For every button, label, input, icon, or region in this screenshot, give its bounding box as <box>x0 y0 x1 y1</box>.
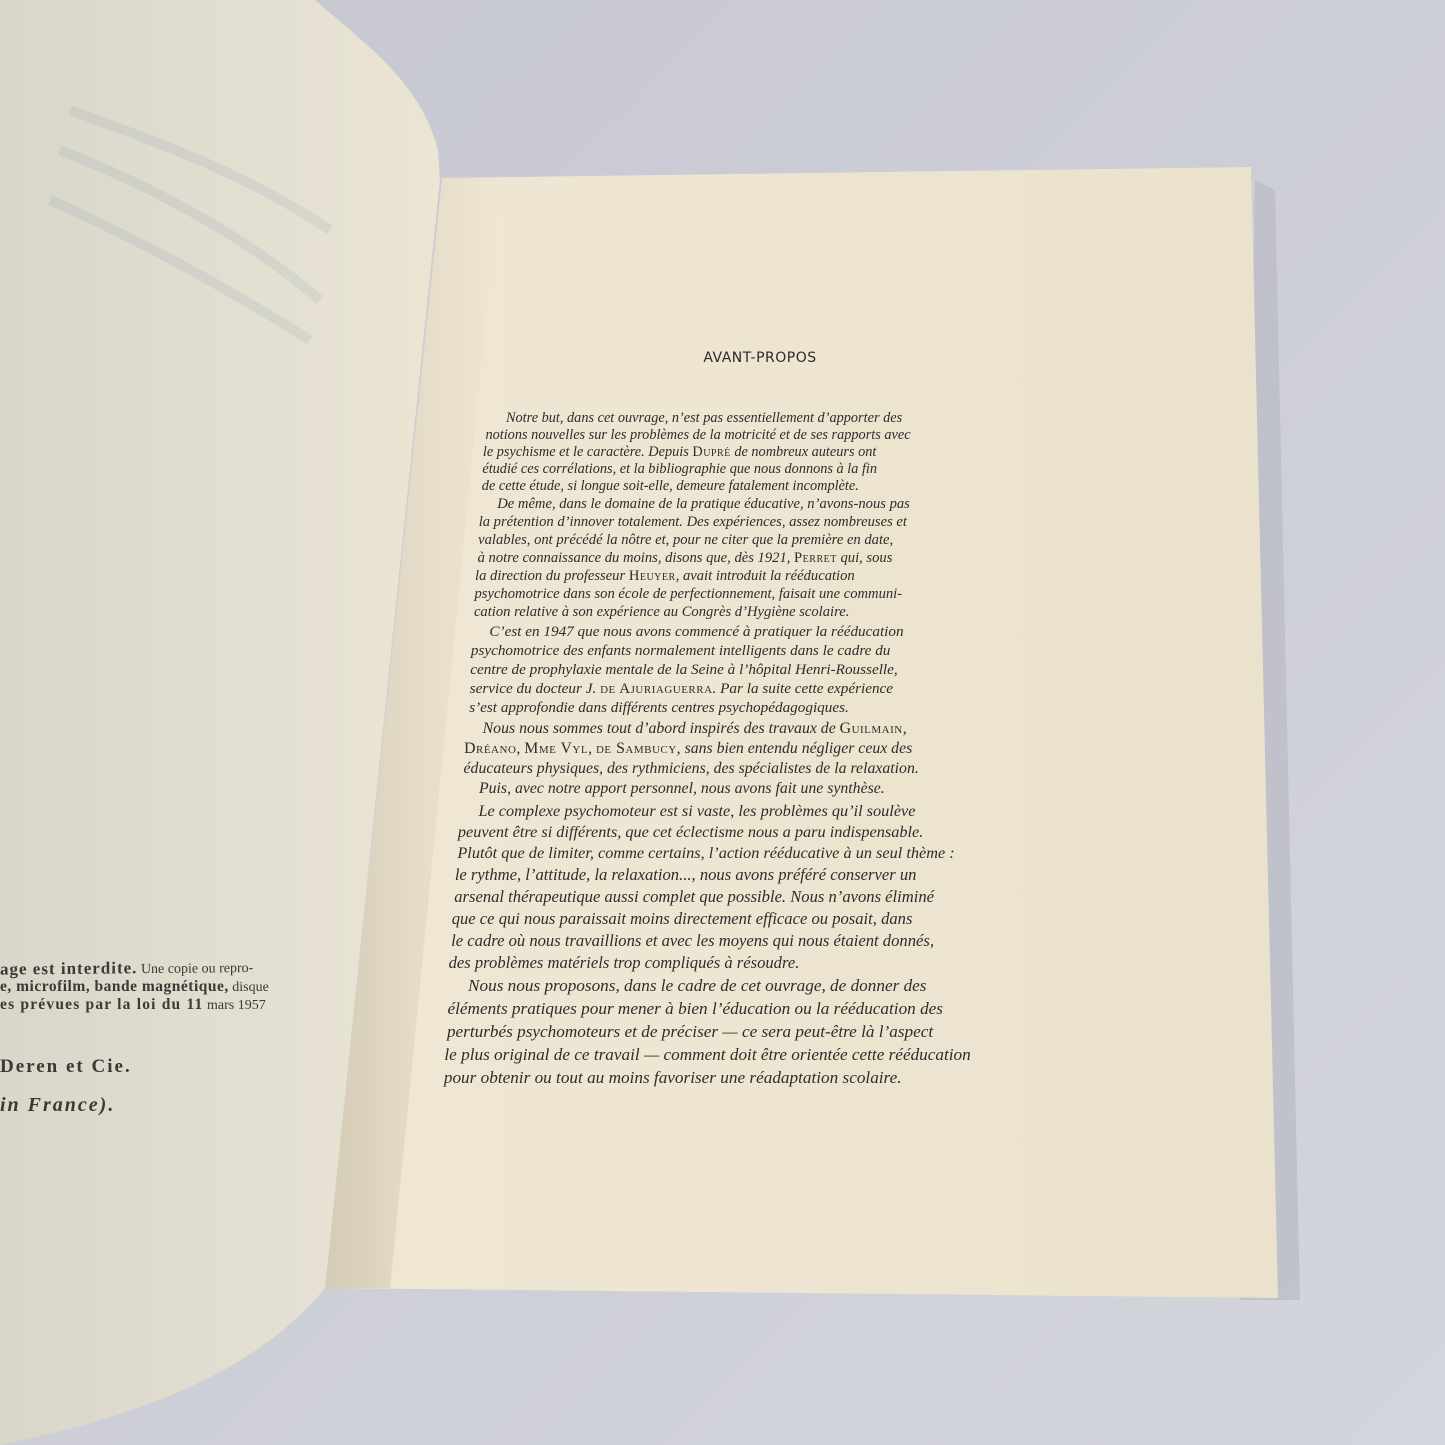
text-run: De même, dans le domaine de la pratique … <box>497 496 910 512</box>
page-title: AVANT-PROPOS <box>640 350 880 366</box>
text-line: le cadre où nous travaillions et avec le… <box>451 931 934 951</box>
author-name: de Sambucy <box>596 740 677 757</box>
text-run: le plus original de ce travail — comment… <box>444 1045 970 1064</box>
author-name: Dupré <box>692 444 730 460</box>
text-line: éducateurs physiques, des rythmiciens, d… <box>464 760 919 778</box>
text-run: centre de prophylaxie mentale de la Sein… <box>470 661 897 678</box>
text-run: psychomotrice dans son école de perfecti… <box>475 586 903 602</box>
copyright-line-2: e, microfilm, bande magnétique, disque <box>0 978 310 996</box>
text-line: la prétention d’innover totalement. Des … <box>479 514 907 531</box>
author-name: Mme Vyl <box>524 740 588 757</box>
text-run: , <box>903 720 907 737</box>
text-run: notions nouvelles sur les problèmes de l… <box>485 427 910 443</box>
text-run: Notre but, dans cet ouvrage, n’est pas e… <box>506 410 902 426</box>
text-run: pour obtenir ou tout au moins favoriser … <box>444 1068 902 1087</box>
text-run: C’est en 1947 que nous avons commencé à … <box>489 623 903 640</box>
text-line: étudié ces corrélations, et la bibliogra… <box>482 461 877 478</box>
text-run: , sans bien entendu négliger ceux des <box>677 740 913 757</box>
text-line: Le complexe psychomoteur est si vaste, l… <box>478 801 915 821</box>
text-run: la direction du professeur <box>475 568 629 584</box>
author-name: Heuyer <box>629 568 676 584</box>
text-run: étudié ces corrélations, et la bibliogra… <box>482 461 877 477</box>
copyright-line-3: es prévues par la loi du 11 mars 1957 <box>0 996 310 1014</box>
text-line: Dréano, Mme Vyl, de Sambucy, sans bien e… <box>464 740 912 758</box>
text-run: peuvent être si différents, que cet écle… <box>458 822 923 841</box>
copyright-line-1: age est interdite. Une copie ou repro- <box>0 956 310 979</box>
text-line: s’est approfondie dans différents centre… <box>469 699 849 717</box>
text-line: Notre but, dans cet ouvrage, n’est pas e… <box>506 410 902 427</box>
text-line: psychomotrice des enfants normalement in… <box>471 642 891 660</box>
text-run: éducateurs physiques, des rythmiciens, d… <box>464 760 919 777</box>
text-run: le psychisme et le caractère. Depuis <box>483 444 692 460</box>
text-run: Plutôt que de limiter, comme certains, l… <box>457 843 954 862</box>
text-run: psychomotrice des enfants normalement in… <box>471 642 891 659</box>
text-line: la direction du professeur Heuyer, avait… <box>475 568 855 585</box>
text-line: à notre connaissance du moins, disons qu… <box>478 550 893 567</box>
text-run: le rythme, l’attitude, la relaxation...,… <box>455 865 917 884</box>
text-run: Puis, avec notre apport personnel, nous … <box>479 780 885 797</box>
publisher-name: Deren et Cie. <box>0 1056 310 1078</box>
text-run: . Par la suite cette expérience <box>713 680 894 697</box>
text-line: le rythme, l’attitude, la relaxation...,… <box>455 865 917 885</box>
text-line: Puis, avec notre apport personnel, nous … <box>479 780 885 798</box>
text-line: cation relative à son expérience au Cong… <box>474 604 849 621</box>
author-name: Guilmain <box>840 720 903 737</box>
text-line: Nous nous sommes tout d’abord inspirés d… <box>483 720 907 738</box>
text-line: peuvent être si différents, que cet écle… <box>458 822 923 842</box>
text-run: valables, ont précédé la nôtre et, pour … <box>478 532 893 548</box>
printed-in: in France). <box>0 1094 310 1117</box>
text-run: Nous nous proposons, dans le cadre de ce… <box>468 976 926 995</box>
text-line: de cette étude, si longue soit-elle, dem… <box>482 478 859 495</box>
text-run: de cette étude, si longue soit-elle, dem… <box>482 478 859 494</box>
text-run: éléments pratiques pour mener à bien l’é… <box>448 999 943 1018</box>
text-run: cation relative à son expérience au Cong… <box>474 604 849 620</box>
author-name: Perret <box>794 550 837 566</box>
text-run: le cadre où nous travaillions et avec le… <box>451 931 934 950</box>
author-name: de Ajuriaguerra <box>600 680 712 697</box>
text-line: le psychisme et le caractère. Depuis Dup… <box>483 444 876 461</box>
text-line: service du docteur J. de Ajuriaguerra. P… <box>470 680 893 698</box>
text-line: De même, dans le domaine de la pratique … <box>497 496 910 513</box>
text-run: arsenal thérapeutique aussi complet que … <box>454 887 934 906</box>
text-run: qui, sous <box>837 550 893 566</box>
text-line: notions nouvelles sur les problèmes de l… <box>485 427 910 444</box>
text-line: que ce qui nous paraissait moins directe… <box>452 909 913 929</box>
text-run: s’est approfondie dans différents centre… <box>469 699 849 716</box>
text-line: arsenal thérapeutique aussi complet que … <box>454 887 934 907</box>
text-run: , <box>588 740 596 757</box>
text-line: des problèmes matériels trop compliqués … <box>449 953 800 973</box>
text-line: centre de prophylaxie mentale de la Sein… <box>470 661 897 679</box>
text-run: service du docteur J. <box>470 680 600 697</box>
copyright-notice: age est interdite. Une copie ou repro- e… <box>0 958 310 1117</box>
text-run: que ce qui nous paraissait moins directe… <box>452 909 913 928</box>
text-line: C’est en 1947 que nous avons commencé à … <box>489 623 903 641</box>
text-run: de nombreux auteurs ont <box>731 444 877 460</box>
author-name: Dréano <box>464 740 516 757</box>
text-line: le plus original de ce travail — comment… <box>444 1045 970 1065</box>
text-line: éléments pratiques pour mener à bien l’é… <box>448 999 943 1019</box>
text-run: , avait introduit la rééducation <box>676 568 855 584</box>
text-line: perturbés psychomoteurs et de préciser —… <box>447 1022 933 1042</box>
text-line: pour obtenir ou tout au moins favoriser … <box>444 1068 902 1088</box>
text-line: Nous nous proposons, dans le cadre de ce… <box>468 976 926 996</box>
text-line: valables, ont précédé la nôtre et, pour … <box>478 532 893 549</box>
text-run: à notre connaissance du moins, disons qu… <box>478 550 794 566</box>
text-run: Nous nous sommes tout d’abord inspirés d… <box>483 720 840 737</box>
text-run: Le complexe psychomoteur est si vaste, l… <box>478 801 915 820</box>
text-run: des problèmes matériels trop compliqués … <box>449 953 800 972</box>
text-run: perturbés psychomoteurs et de préciser —… <box>447 1022 933 1041</box>
text-line: psychomotrice dans son école de perfecti… <box>475 586 903 603</box>
text-run: la prétention d’innover totalement. Des … <box>479 514 907 530</box>
text-line: Plutôt que de limiter, comme certains, l… <box>457 843 954 863</box>
